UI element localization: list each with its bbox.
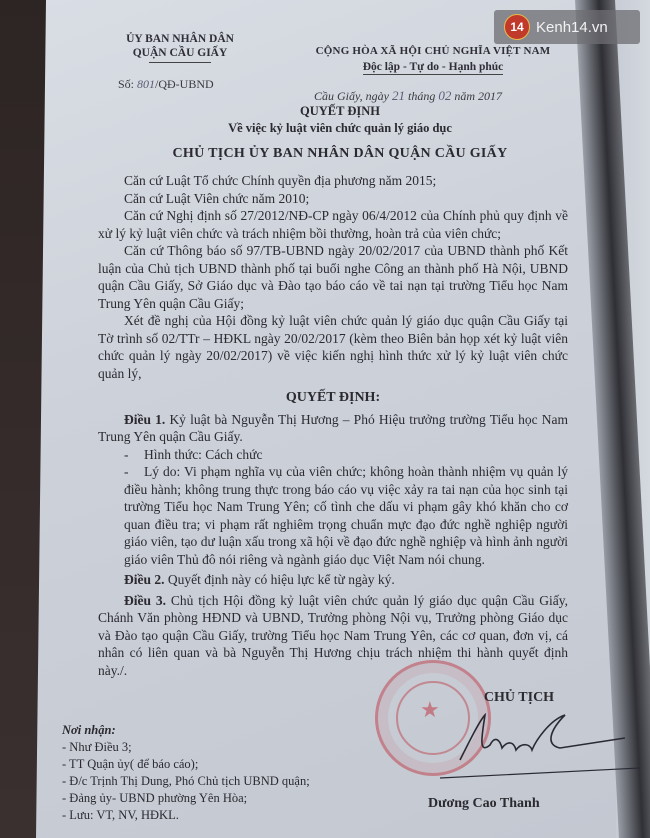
preamble-item: Căn cứ Thông báo số 97/TB-UBND ngày 20/0… [98,242,568,312]
recipient-item: - Như Điều 3; [62,739,310,756]
article-3-label: Điều 3. [124,593,166,608]
article-1-text: Kỷ luật bà Nguyễn Thị Hương – Phó Hiệu t… [98,412,568,445]
preamble-item: Căn cứ Nghị định số 27/2012/NĐ-CP ngày 0… [98,207,568,242]
kenh14-logo-icon: 14 [504,14,530,40]
article-2: Điều 2. Quyết định này có hiệu lực kể từ… [98,571,568,589]
number-label: Số: [118,77,134,91]
article-1: Điều 1. Kỷ luật bà Nguyễn Thị Hương – Ph… [98,411,568,446]
document-number: Số: 801/QĐ-UBND [118,77,214,92]
recipient-item: - Đảng ủy- UBND phường Yên Hòa; [62,790,310,807]
issuer-line2: QUẬN CẦU GIẤY [100,46,260,60]
recipient-item: - TT Quận ủy( để báo cáo); [62,756,310,773]
doc-type-title: QUYẾT ĐỊNH [150,104,530,119]
article-3: Điều 3. Chủ tịch Hội đồng kỷ luật viên c… [98,592,568,680]
preamble-item: Căn cứ Luật Tổ chức Chính quyền địa phươ… [98,172,568,190]
reason-text: Lý do: Vi phạm nghĩa vụ của viên chức; k… [124,464,568,567]
recipient-item: - Đ/c Trịnh Thị Dung, Phó Chủ tịch UBND … [62,773,310,790]
article-2-text: Quyết định này có hiệu lực kể từ ngày ký… [168,572,395,587]
preamble-item: Xét đề nghị của Hội đồng kỷ luật viên ch… [98,312,568,382]
date-year: năm 2017 [454,89,502,103]
recipients-block: Nơi nhận: - Như Điều 3; - TT Quận ủy( để… [62,722,310,824]
national-header: CỘNG HÒA XÃ HỘI CHỦ NGHĨA VIỆT NAM Độc l… [298,45,568,75]
national-motto: Độc lập - Tự do - Hạnh phúc [363,61,504,75]
national-title: CỘNG HÒA XÃ HỘI CHỦ NGHĨA VIỆT NAM [298,45,568,57]
doc-subject: Về việc kỷ luật viên chức quản lý giáo d… [150,121,530,136]
doc-authority: CHỦ TỊCH ỦY BAN NHÂN DÂN QUẬN CẦU GIẤY [120,146,560,162]
number-handwritten: 801 [137,77,155,91]
issuer-line1: ỦY BAN NHÂN DÂN [100,32,260,46]
document-content: 14 Kenh14.vn ỦY BAN NHÂN DÂN QUẬN CẦU GI… [0,0,650,838]
article-1-reason: -Lý do: Vi phạm nghĩa vụ của viên chức; … [98,463,568,568]
issuer-header: ỦY BAN NHÂN DÂN QUẬN CẦU GIẤY [100,32,260,63]
kenh14-watermark: 14 Kenh14.vn [494,10,640,44]
article-3-text: Chủ tịch Hội đồng kỷ luật viên chức quản… [98,593,568,678]
number-suffix: /QĐ-UBND [155,77,214,91]
recipient-item: - Lưu: VT, NV, HĐKL. [62,807,310,824]
article-1-form: -Hình thức: Cách chức [98,446,568,464]
document-body: Căn cứ Luật Tổ chức Chính quyền địa phươ… [98,172,568,679]
date-place: Cầu Giấy, ngày [314,89,389,103]
article-2-label: Điều 2. [124,572,165,587]
issuer-underline [149,62,211,63]
preamble-item: Căn cứ Luật Viên chức năm 2010; [98,190,568,208]
signer-name: Dương Cao Thanh [428,796,540,812]
date-line: Cầu Giấy, ngày 21 tháng 02 năm 2017 [314,88,502,104]
recipients-heading: Nơi nhận: [62,722,310,739]
date-day: 21 [392,88,405,103]
article-1-label: Điều 1. [124,412,165,427]
form-text: Hình thức: Cách chức [144,447,262,462]
decision-heading: QUYẾT ĐỊNH: [98,389,568,407]
watermark-site: Kenh14.vn [536,19,608,36]
handwritten-signature-icon [440,700,640,780]
date-month: 02 [438,88,451,103]
date-month-label: tháng [408,89,435,103]
